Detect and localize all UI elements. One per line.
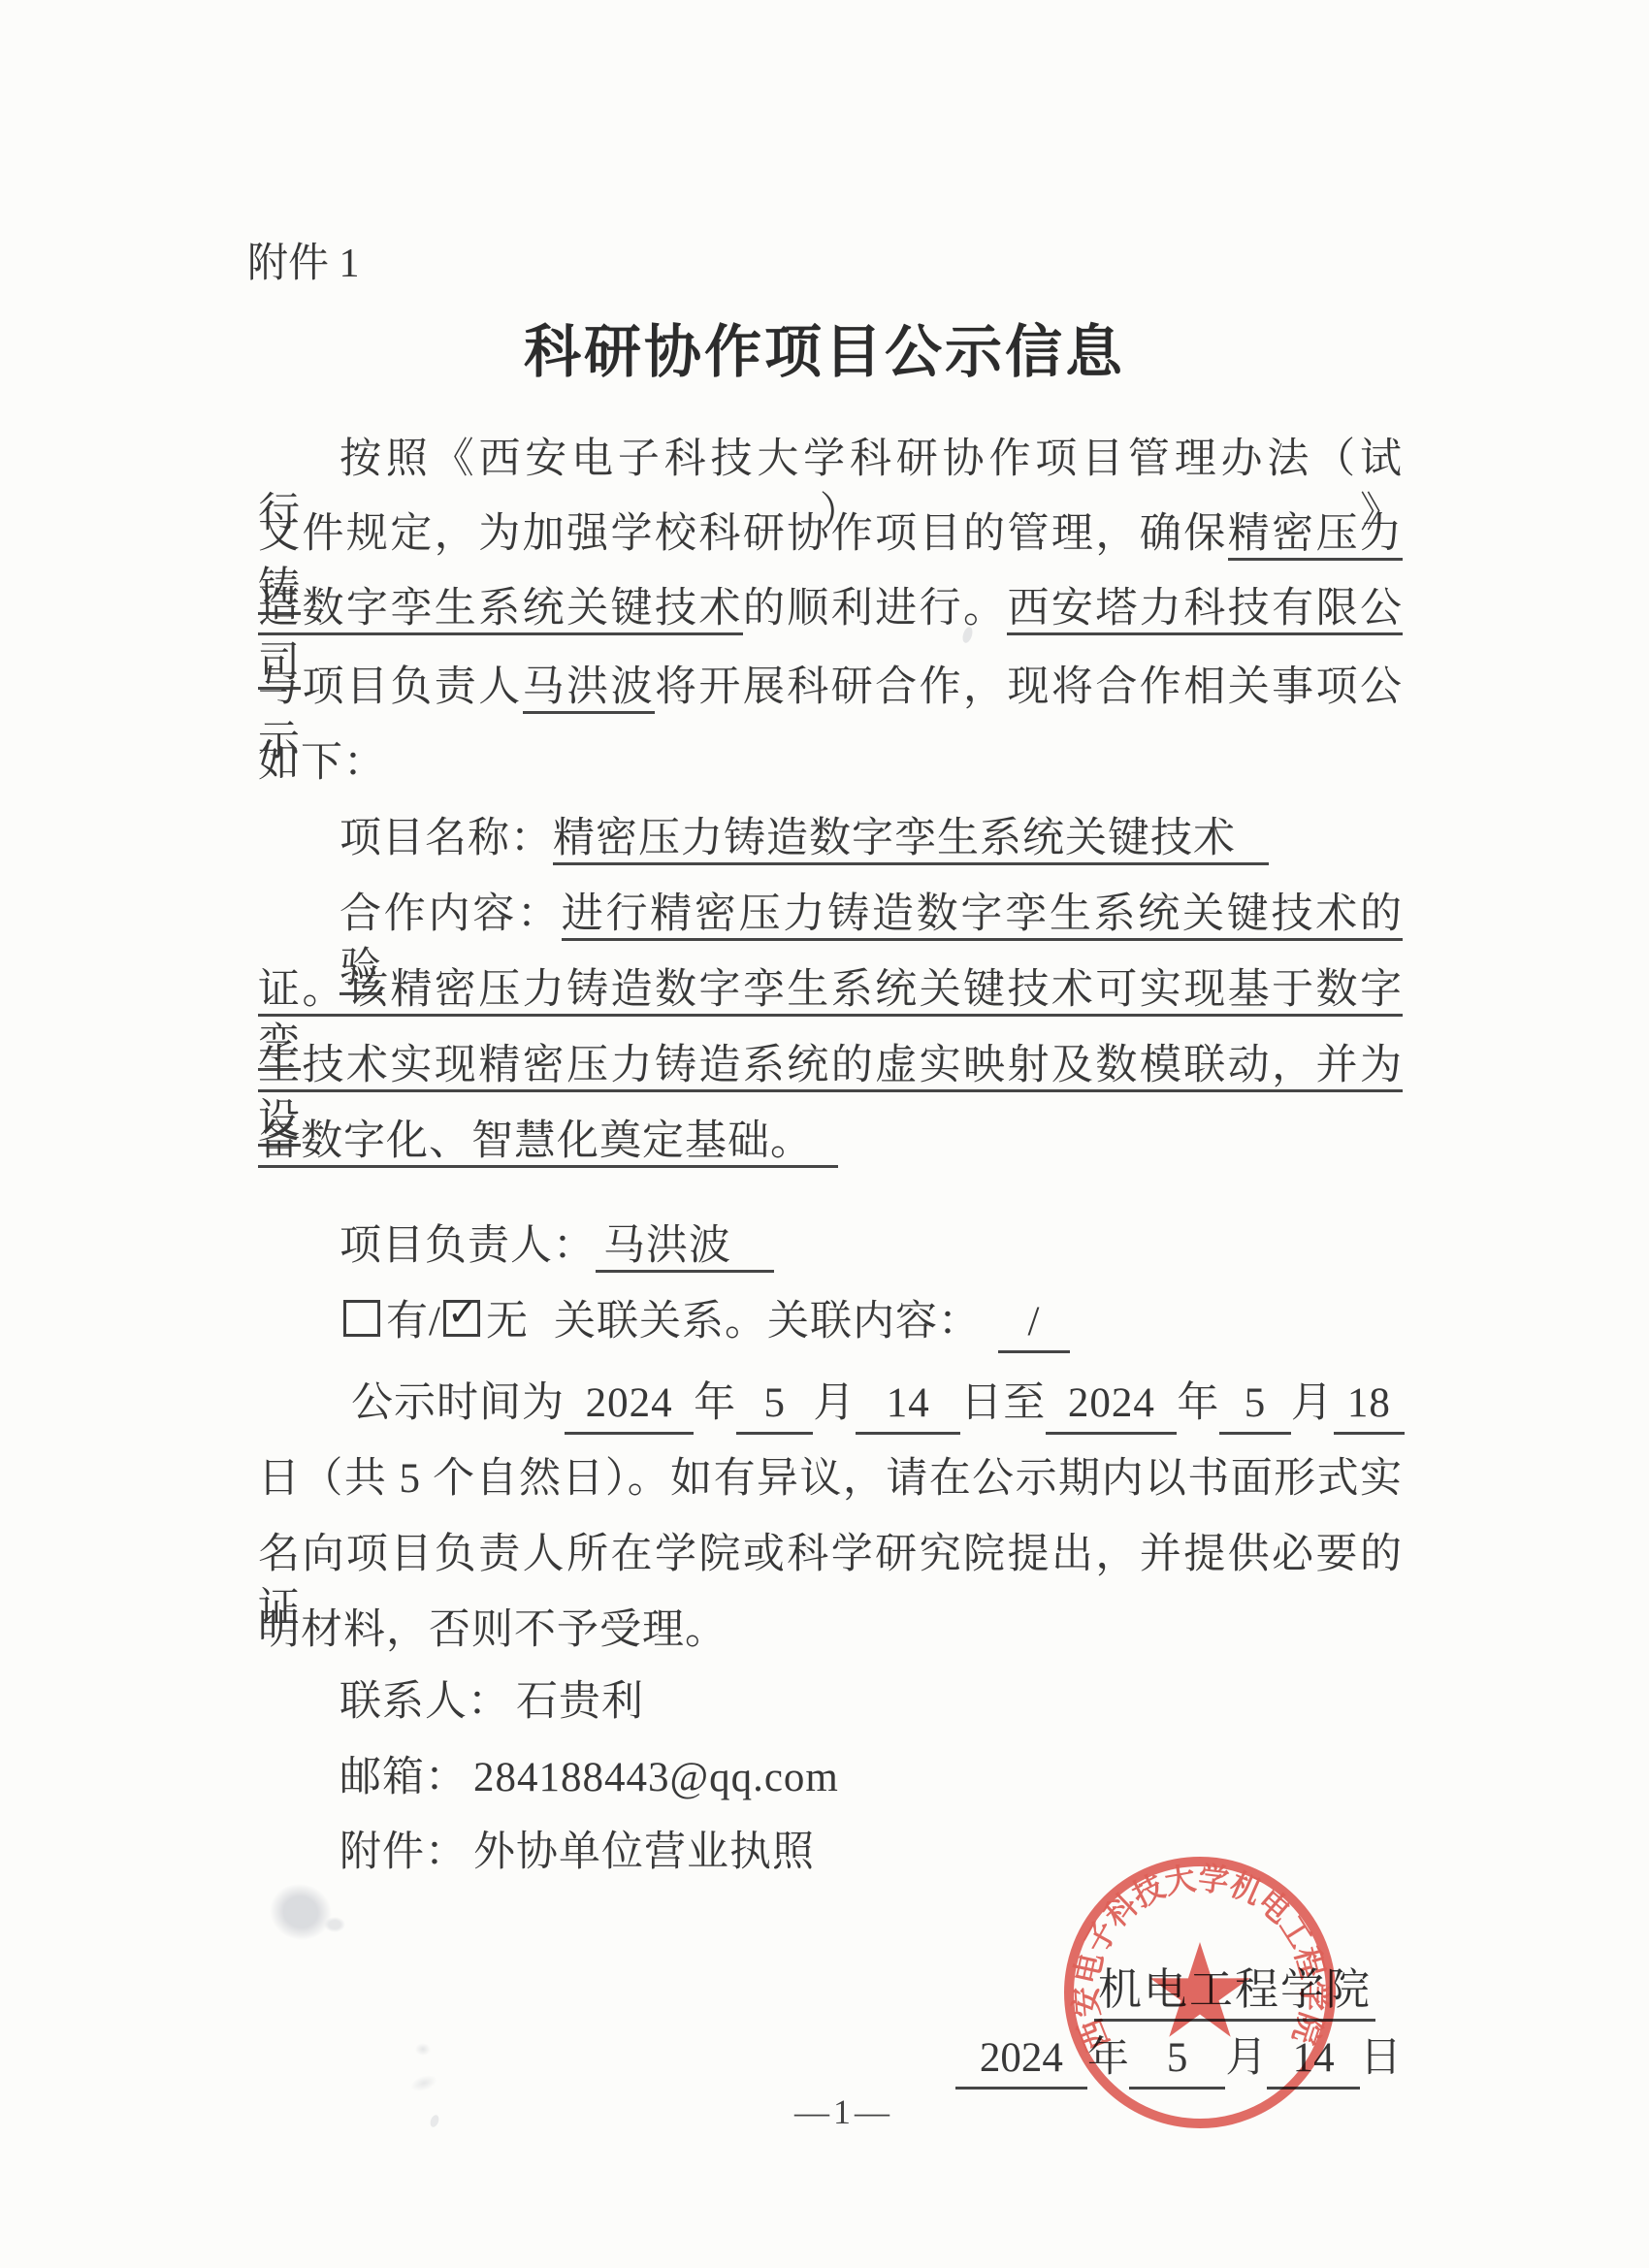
contact-person-label: 联系人： [339,1679,510,1725]
signature-year-label: 年 [1087,2031,1129,2086]
publicity-prefix: 公示时间为 [351,1377,565,1431]
intro-line-4-plain-1: 与项目负责人 [258,664,523,710]
intro-line-2-plain: 文件规定，为加强学校科研协作项目的管理，确保 [258,511,1228,557]
intro-line-3-underlined-1: 造数字孪生系统关键技术 [258,586,743,635]
scan-smudge [324,1917,345,1932]
publicity-start-year: 2024 [565,1377,694,1435]
publicity-period-line: 公示时间为 2024 年 5 月 14 日至 2024 年 5 月 18 [351,1377,1405,1435]
intro-line-4-underlined: 马洪波 [523,664,655,714]
scan-smudge [415,2043,431,2056]
project-leader-line: 项目负责人：马洪波 [339,1219,774,1274]
project-name-label: 项目名称： [339,816,553,861]
contact-person-value: 石贵利 [510,1679,644,1725]
signature-day: 14 [1267,2031,1360,2090]
signing-department: 机电工程学院 [1094,1962,1375,2022]
signature-month: 5 [1129,2031,1225,2090]
intro-line-3-plain: 的顺利进行。 [743,586,1008,632]
contact-email-label: 邮箱： [339,1755,468,1800]
contact-attachment-line: 附件：外协单位营业执照 [339,1826,815,1880]
project-leader-label: 项目负责人： [339,1223,596,1269]
page-number: —1— [766,2092,921,2131]
publicity-line-2-text: 日（共 5 个自然日）。如有异议，请在公示期内以书面形式实 [258,1456,1403,1502]
month-label-1: 月 [813,1377,856,1431]
project-name-line: 项目名称：精密压力铸造数字孪生系统关键技术 [339,812,1269,866]
publicity-end-day: 18 [1334,1377,1405,1435]
document-title: 科研协作项目公示信息 [0,317,1649,387]
signature-day-label: 日 [1360,2031,1402,2086]
publicity-end-year: 2024 [1046,1377,1177,1435]
intro-line-5-text: 如下： [258,740,386,786]
scan-smudge [429,2114,440,2128]
signature-year: 2024 [955,2031,1087,2090]
publicity-end-month: 5 [1219,1377,1290,1435]
checkmark-icon: ✓ [447,1294,479,1331]
publicity-start-day: 14 [856,1377,960,1435]
to-label: 日至 [960,1377,1046,1431]
relation-none-checkbox-checked: ✓ [443,1300,480,1337]
contact-attachment-value: 外协单位营业执照 [468,1830,815,1875]
attachment-number: 附件 1 [247,237,360,291]
year-label-2: 年 [1177,1377,1219,1431]
relation-has-checkbox-unchecked [343,1300,380,1337]
publicity-start-month: 5 [736,1377,813,1435]
year-label-1: 年 [694,1377,736,1431]
publicity-line-4-text: 明材料，否则不予受理。 [258,1607,727,1653]
publicity-line-2: 日（共 5 个自然日）。如有异议，请在公示期内以书面形式实 [258,1452,1403,1507]
scan-smudge [264,1877,338,1947]
month-label-2: 月 [1291,1377,1334,1431]
project-leader-value: 马洪波 [596,1223,774,1273]
relation-value: / [998,1295,1070,1353]
contact-email-line: 邮箱：284188443@qq.com [339,1751,839,1805]
cooperation-content-line-4: 备数字化、智慧化奠定基础。 [258,1115,838,1169]
relation-none-label: 无 [486,1299,529,1345]
publicity-line-4: 明材料，否则不予受理。 [258,1604,727,1658]
scanned-document-page: 附件 1 科研协作项目公示信息 按照《西安电子科技大学科研协作项目管理办法（试行… [0,0,1649,2268]
scan-smudge [408,2072,438,2094]
cooperation-content-label: 合作内容： [339,891,562,937]
contact-person-line: 联系人：石贵利 [339,1675,644,1730]
signature-date-line: 2024 年 5 月 14 日 [955,2031,1402,2090]
intro-line-4: 与项目负责人马洪波将开展科研合作，现将合作相关事项公示 [258,661,1403,769]
intro-line-5: 如下： [258,736,386,791]
contact-email-value: 284188443@qq.com [468,1755,839,1800]
signature-month-label: 月 [1225,2031,1267,2086]
seal-arc-text: 西安电子科技大学机电工程学院 [1068,1861,1331,2055]
relation-line: 有/✓无关联关系。关联内容：/ [341,1295,1070,1353]
project-name-value: 精密压力铸造数字孪生系统关键技术 [553,816,1269,865]
relation-text: 关联关系。关联内容： [554,1299,981,1345]
contact-attachment-label: 附件： [339,1830,468,1875]
relation-has-label: 有/ [386,1299,441,1345]
cooperation-content-underlined-4: 备数字化、智慧化奠定基础。 [258,1118,838,1168]
